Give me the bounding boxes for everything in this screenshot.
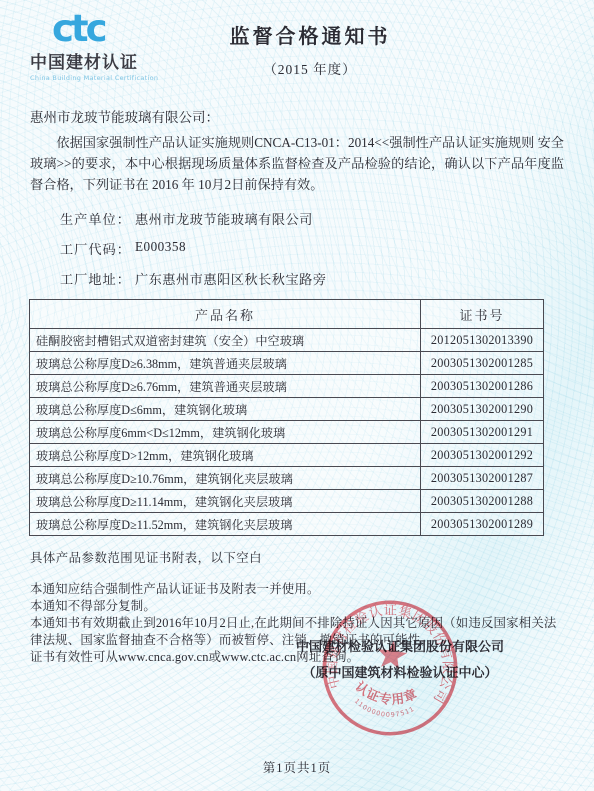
- svg-text:认证专用章: 认证专用章: [350, 677, 422, 712]
- cert-number-header: 证书号: [421, 300, 544, 329]
- table-row: 玻璃总公称厚度D≥6.38mm，建筑普通夹层玻璃 200305130200128…: [30, 352, 544, 375]
- cert-number-cell: 2003051302001291: [421, 421, 544, 444]
- factory-code-line: 工厂代码： E000358: [60, 239, 594, 258]
- table-row: 玻璃总公称厚度6mm<D≤12mm，建筑钢化玻璃 200305130200129…: [30, 421, 544, 444]
- product-name-cell: 玻璃总公称厚度D≥6.38mm，建筑普通夹层玻璃: [30, 352, 421, 375]
- product-name-cell: 玻璃总公称厚度D≥11.14mm，建筑钢化夹层玻璃: [30, 490, 421, 513]
- cert-number-cell: 2003051302001287: [421, 467, 544, 490]
- producer-unit-value: 惠州市龙玻节能玻璃有限公司: [135, 209, 313, 228]
- note-usage: 本通知应结合强制性产品认证证书及附表一并使用。: [30, 581, 564, 598]
- table-row: 玻璃总公称厚度D≥11.14mm，建筑钢化夹层玻璃 20030513020012…: [30, 490, 544, 513]
- cert-number-cell: 2012051302013390: [421, 329, 544, 352]
- issuer-former-name: （原中国建筑材料检验认证中心）: [265, 662, 535, 681]
- ctc-logo-mark: ctc: [30, 12, 200, 46]
- product-name-cell: 玻璃总公称厚度D≤6mm，建筑钢化玻璃: [30, 398, 421, 421]
- document-header: ctc 中国建材认证 China Building Material Certi…: [0, 0, 594, 92]
- seal-number-text: 1100000097511: [351, 697, 417, 723]
- product-name-cell: 玻璃总公称厚度6mm<D≤12mm，建筑钢化玻璃: [30, 421, 421, 444]
- issuer-name: 中国建材检验认证集团股份有限公司: [265, 636, 535, 655]
- document-title: 监督合格通知书: [185, 20, 435, 49]
- product-name-header: 产品名称: [30, 300, 421, 329]
- cert-number-cell: 2003051302001292: [421, 444, 544, 467]
- product-name-cell: 玻璃总公称厚度D≥11.52mm，建筑钢化夹层玻璃: [30, 513, 421, 536]
- product-name-cell: 玻璃总公称厚度D>12mm，建筑钢化玻璃: [30, 444, 421, 467]
- product-name-cell: 玻璃总公称厚度D≥10.76mm，建筑钢化夹层玻璃: [30, 467, 421, 490]
- ctc-logo-name-en: China Building Material Certification: [30, 74, 200, 82]
- factory-address-line: 工厂地址： 广东惠州市惠阳区秋长秋宝路旁: [60, 269, 594, 288]
- page-indicator: 第1页共1页: [0, 758, 594, 776]
- table-row: 玻璃总公称厚度D≤6mm，建筑钢化玻璃 2003051302001290: [30, 398, 544, 421]
- document-subtitle: （2015 年度）: [185, 58, 435, 78]
- body-paragraph: 依据国家强制性产品认证实施规则CNCA-C13-01：2014<<强制性产品认证…: [30, 132, 564, 195]
- table-row: 玻璃总公称厚度D≥6.76mm，建筑普通夹层玻璃 200305130200128…: [30, 375, 544, 398]
- product-name-cell: 硅酮胶密封槽铝式双道密封建筑（安全）中空玻璃: [30, 329, 421, 352]
- svg-text:1100000097511: 1100000097511: [351, 697, 417, 723]
- ctc-logo: ctc 中国建材认证 China Building Material Certi…: [30, 12, 200, 82]
- seal-label-text: 认证专用章: [350, 677, 422, 712]
- issuer-signature: 中国建材检验认证集团股份有限公司 （原中国建筑材料检验认证中心）: [265, 636, 535, 681]
- ctc-logo-name-cn: 中国建材认证: [30, 48, 200, 73]
- factory-address-value: 广东惠州市惠阳区秋长秋宝路旁: [135, 269, 327, 288]
- producer-unit-label: 生产单位：: [60, 209, 131, 228]
- certificates-table: 产品名称 证书号 硅酮胶密封槽铝式双道密封建筑（安全）中空玻璃 20120513…: [29, 299, 544, 536]
- addressee-line: 惠州市龙玻节能玻璃有限公司：: [30, 106, 564, 126]
- cert-number-cell: 2003051302001290: [421, 398, 544, 421]
- title-block: 监督合格通知书 （2015 年度）: [185, 20, 435, 78]
- product-name-cell: 玻璃总公称厚度D≥6.76mm，建筑普通夹层玻璃: [30, 375, 421, 398]
- cert-number-cell: 2003051302001286: [421, 375, 544, 398]
- table-header-row: 产品名称 证书号: [30, 300, 544, 329]
- factory-address-label: 工厂地址：: [60, 269, 131, 288]
- table-row: 玻璃总公称厚度D≥10.76mm，建筑钢化夹层玻璃 20030513020012…: [30, 467, 544, 490]
- cert-number-cell: 2003051302001288: [421, 490, 544, 513]
- cert-number-cell: 2003051302001285: [421, 352, 544, 375]
- note-no-partial-copy: 本通知不得部分复制。: [30, 598, 564, 615]
- producer-unit-line: 生产单位： 惠州市龙玻节能玻璃有限公司: [60, 209, 594, 228]
- table-row: 玻璃总公称厚度D>12mm，建筑钢化玻璃 2003051302001292: [30, 444, 544, 467]
- certificate-document: ctc 中国建材认证 China Building Material Certi…: [0, 0, 594, 791]
- table-row: 硅酮胶密封槽铝式双道密封建筑（安全）中空玻璃 2012051302013390: [30, 329, 544, 352]
- cert-number-cell: 2003051302001289: [421, 513, 544, 536]
- note-scope: 具体产品参数范围见证书附表，以下空白: [30, 550, 564, 567]
- table-row: 玻璃总公称厚度D≥11.52mm，建筑钢化夹层玻璃 20030513020012…: [30, 513, 544, 536]
- factory-code-value: E000358: [135, 239, 186, 258]
- producer-info: 生产单位： 惠州市龙玻节能玻璃有限公司 工厂代码： E000358 工厂地址： …: [60, 209, 594, 288]
- factory-code-label: 工厂代码：: [60, 239, 131, 258]
